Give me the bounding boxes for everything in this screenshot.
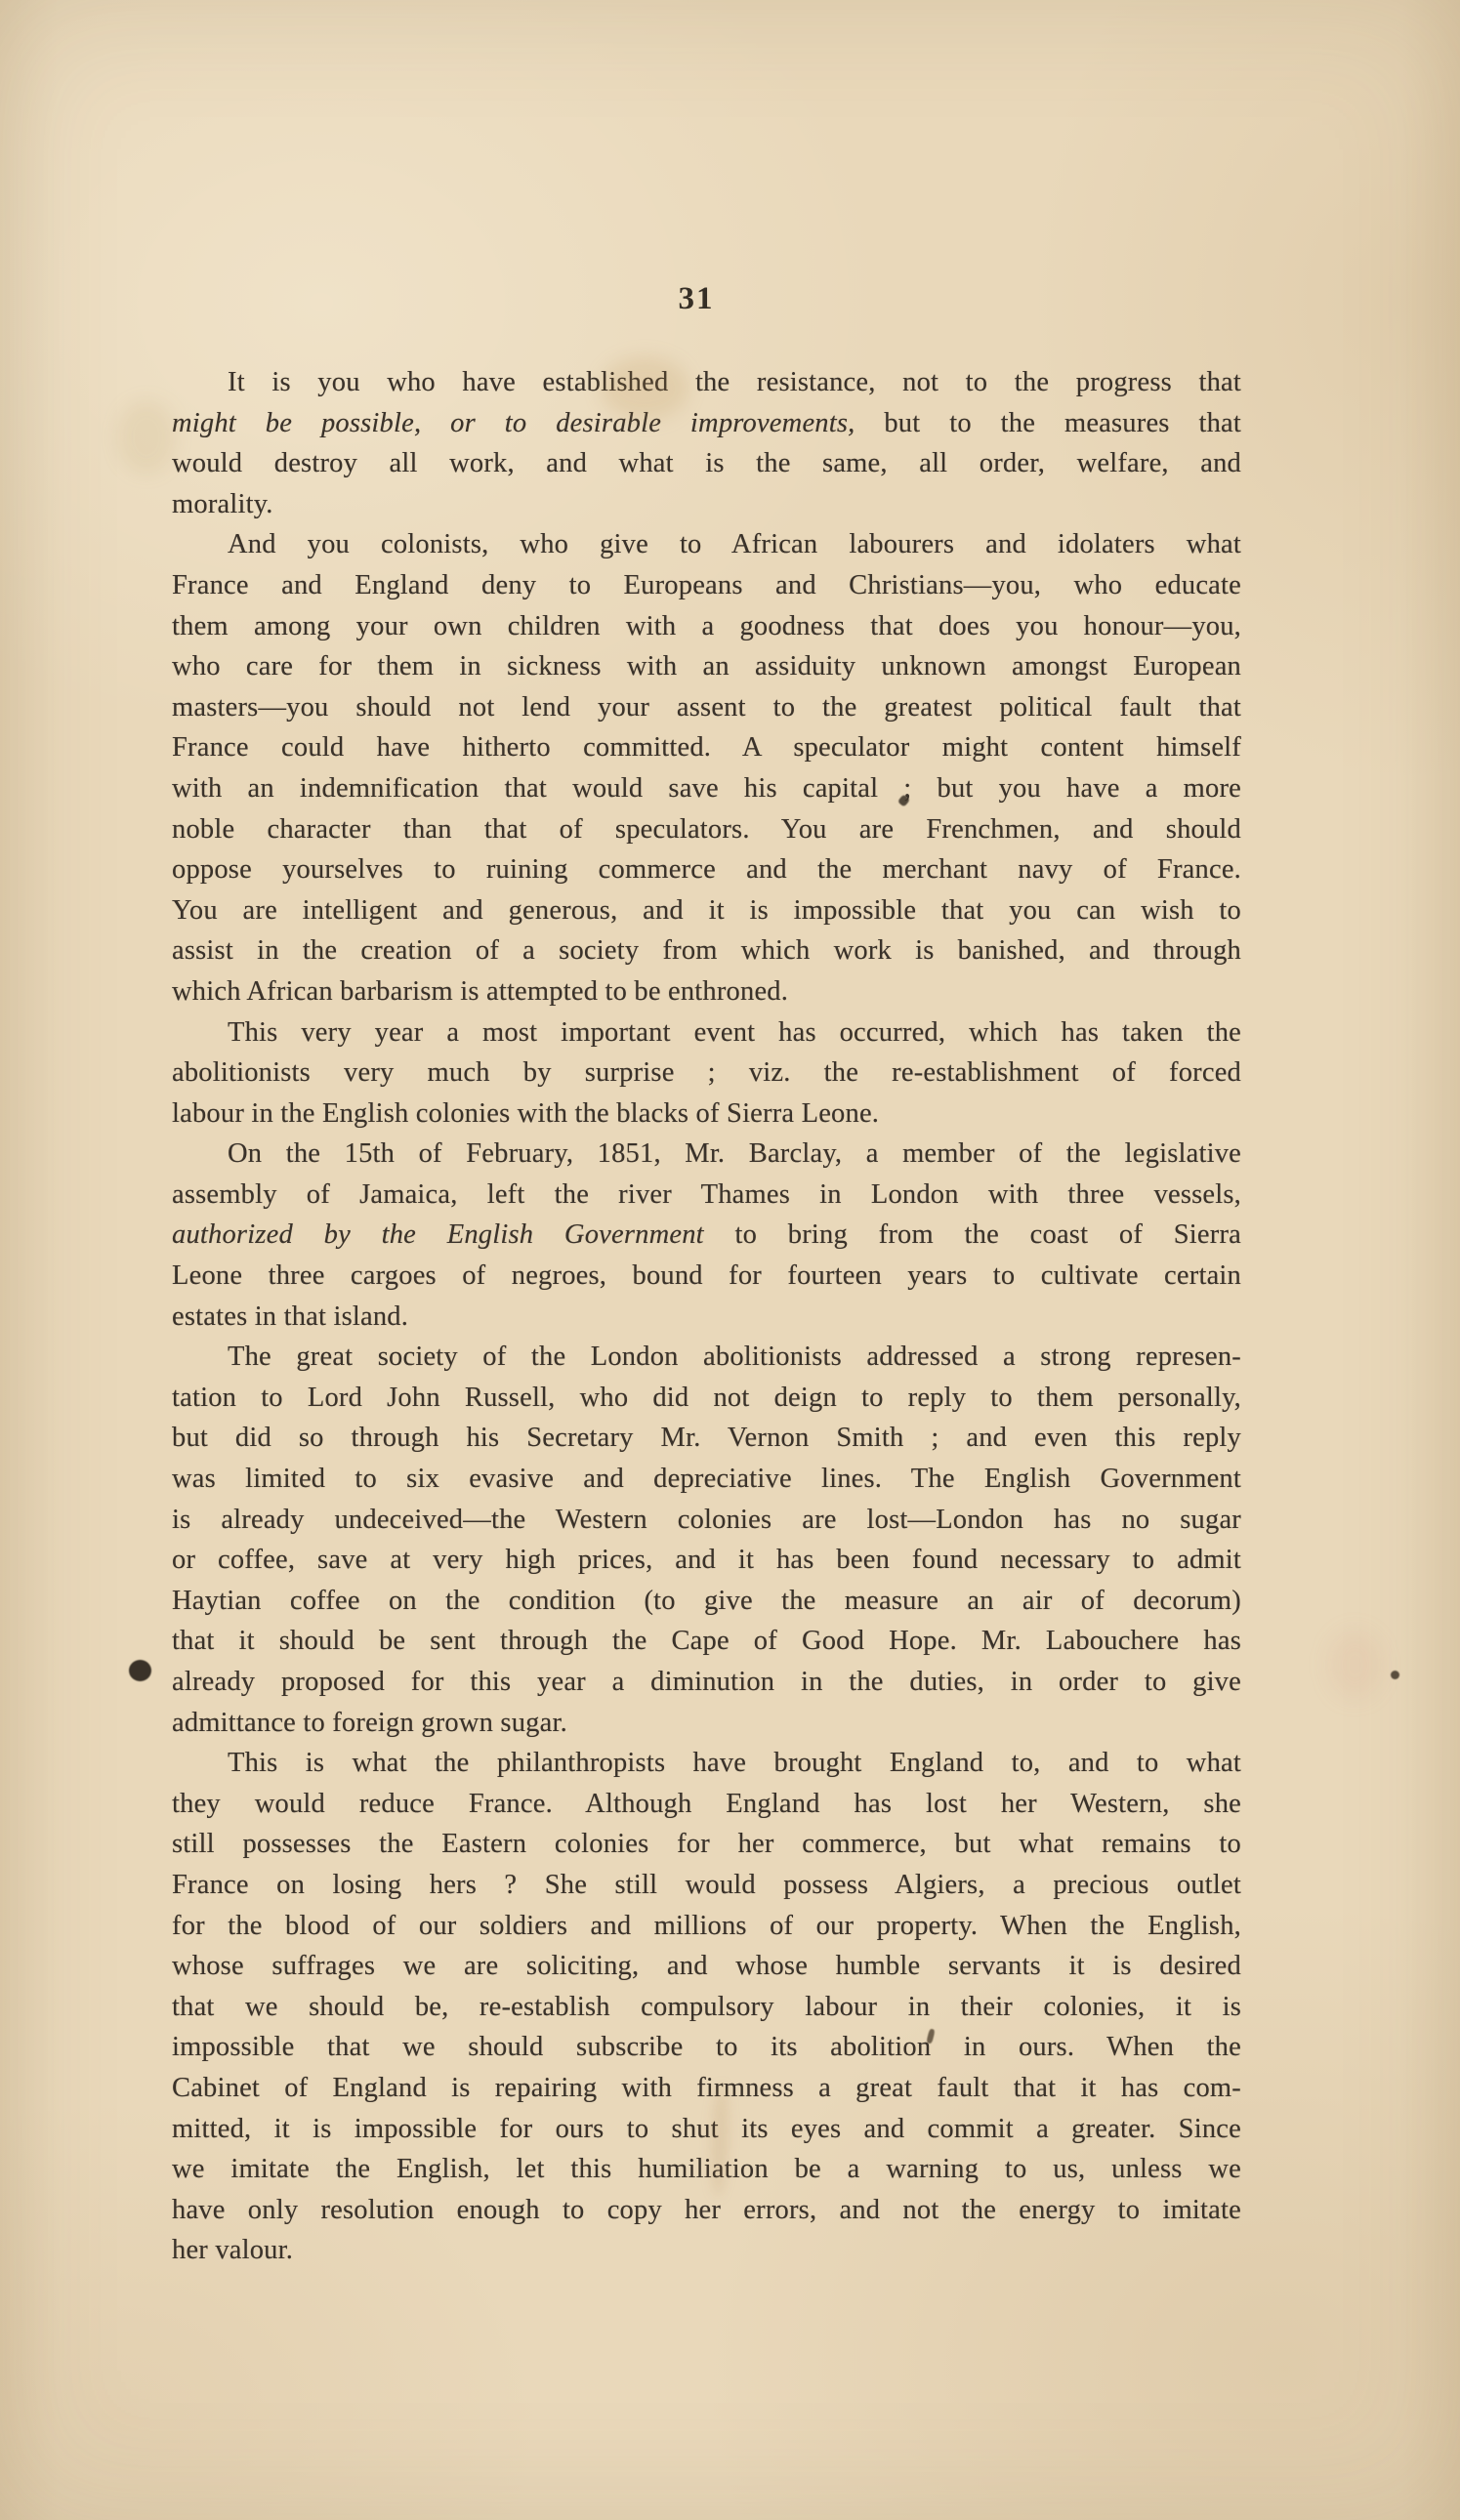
text-line: or coffee, save at very high prices, and… xyxy=(172,1540,1241,1581)
text-segment: masters—you should not lend your assent … xyxy=(172,692,1241,723)
text-line: abolitionists very much by surprise ; vi… xyxy=(172,1053,1241,1094)
text-line: Cabinet of England is repairing with fir… xyxy=(172,2068,1241,2109)
text-line: assist in the creation of a society from… xyxy=(172,930,1241,971)
text-line: mitted, it is impossible for ours to shu… xyxy=(172,2109,1241,2150)
text-line: was limited to six evasive and depreciat… xyxy=(172,1459,1241,1500)
text-segment: whose suffrages we are soliciting, and w… xyxy=(172,1951,1241,1981)
text-segment: already proposed for this year a diminut… xyxy=(172,1667,1241,1697)
text-segment: estates in that island. xyxy=(172,1301,408,1332)
text-segment: that we should be, re-establish compulso… xyxy=(172,1992,1241,2022)
text-line: Leone three cargoes of negroes, bound fo… xyxy=(172,1256,1241,1297)
text-line: France could have hitherto committed. A … xyxy=(172,727,1241,768)
text-line: You are intelligent and generous, and it… xyxy=(172,890,1241,931)
text-segment: them among your own children with a good… xyxy=(172,611,1241,641)
text-line: labour in the English colonies with the … xyxy=(172,1094,1241,1135)
text-line: already proposed for this year a diminut… xyxy=(172,1662,1241,1703)
text-segment: her valour. xyxy=(172,2235,293,2265)
text-line: France on losing hers ? She still would … xyxy=(172,1865,1241,1906)
text-segment: Haytian coffee on the condition (to give… xyxy=(172,1586,1241,1616)
text-segment: was limited to six evasive and depreciat… xyxy=(172,1464,1241,1494)
text-segment: they would reduce France. Although Engla… xyxy=(172,1789,1241,1819)
text-line: have only resolution enough to copy her … xyxy=(172,2190,1241,2231)
text-segment: assembly of Jamaica, left the river Tham… xyxy=(172,1179,1241,1210)
text-segment: Cabinet of England is repairing with fir… xyxy=(172,2073,1241,2103)
text-segment: abolitionists very much by surprise ; vi… xyxy=(172,1057,1241,1088)
italic-text: authorized by the English Government xyxy=(172,1219,704,1250)
text-line: might be possible, or to desirable impro… xyxy=(172,403,1241,444)
text-segment: that it should be sent through the Cape … xyxy=(172,1626,1241,1656)
text-line: still possesses the Eastern colonies for… xyxy=(172,1824,1241,1865)
text-line: This very year a most important event ha… xyxy=(172,1012,1241,1053)
text-line: is already undeceived—the Western coloni… xyxy=(172,1500,1241,1541)
text-line: which African barbarism is attempted to … xyxy=(172,971,1241,1012)
text-segment: but did so through his Secretary Mr. Ver… xyxy=(172,1423,1241,1453)
text-segment: mitted, it is impossible for ours to shu… xyxy=(172,2114,1241,2144)
text-segment: to bring from the coast of Sierra xyxy=(704,1219,1241,1250)
stain-mark xyxy=(1328,1631,1382,1699)
paragraph-3: This very year a most important event ha… xyxy=(172,1012,1241,1135)
text-line: them among your own children with a good… xyxy=(172,606,1241,647)
text-segment: which African barbarism is attempted to … xyxy=(172,976,788,1007)
text-block: It is you who have established the resis… xyxy=(172,362,1241,2271)
text-segment: assist in the creation of a society from… xyxy=(172,935,1241,966)
paragraph-1: It is you who have established the resis… xyxy=(172,362,1241,524)
text-line: would destroy all work, and what is the … xyxy=(172,443,1241,484)
text-segment: And you colonists, who give to African l… xyxy=(228,529,1241,559)
text-segment: with an indemnification that would save … xyxy=(172,773,1241,804)
text-line: The great society of the London abolitio… xyxy=(172,1337,1241,1378)
text-line: who care for them in sickness with an as… xyxy=(172,646,1241,687)
text-segment: This is what the philanthropists have br… xyxy=(228,1748,1241,1778)
text-segment: France on losing hers ? She still would … xyxy=(172,1870,1241,1900)
text-line: but did so through his Secretary Mr. Ver… xyxy=(172,1418,1241,1459)
text-line: admittance to foreign grown sugar. xyxy=(172,1703,1241,1744)
italic-text: might be possible, or to desirable impro… xyxy=(172,408,855,438)
text-line: they would reduce France. Although Engla… xyxy=(172,1784,1241,1825)
text-segment: admittance to foreign grown sugar. xyxy=(172,1708,567,1738)
text-segment: France and England deny to Europeans and… xyxy=(172,570,1241,600)
text-line: Haytian coffee on the condition (to give… xyxy=(172,1581,1241,1622)
text-line: morality. xyxy=(172,484,1241,525)
text-line: masters—you should not lend your assent … xyxy=(172,687,1241,728)
text-line: France and England deny to Europeans and… xyxy=(172,565,1241,606)
text-line: we imitate the English, let this humilia… xyxy=(172,2149,1241,2190)
text-segment: who care for them in sickness with an as… xyxy=(172,651,1241,682)
text-segment: but to the measures that xyxy=(855,408,1241,438)
stain-mark xyxy=(117,400,176,474)
text-segment: The great society of the London abolitio… xyxy=(228,1342,1241,1372)
text-line: for the blood of our soldiers and millio… xyxy=(172,1906,1241,1947)
text-line: estates in that island. xyxy=(172,1297,1241,1338)
text-segment: would destroy all work, and what is the … xyxy=(172,448,1241,478)
text-line: This is what the philanthropists have br… xyxy=(172,1743,1241,1784)
text-segment: noble character than that of speculators… xyxy=(172,814,1241,845)
text-line: that we should be, re-establish compulso… xyxy=(172,1987,1241,2028)
text-segment: have only resolution enough to copy her … xyxy=(172,2195,1241,2225)
text-line: oppose yourselves to ruining commerce an… xyxy=(172,849,1241,890)
text-segment: still possesses the Eastern colonies for… xyxy=(172,1829,1241,1859)
text-segment: Leone three cargoes of negroes, bound fo… xyxy=(172,1260,1241,1291)
text-line: with an indemnification that would save … xyxy=(172,768,1241,809)
paragraph-2: And you colonists, who give to African l… xyxy=(172,524,1241,1012)
text-segment: we imitate the English, let this humilia… xyxy=(172,2154,1241,2184)
book-page: 31 It is you who have established the re… xyxy=(0,0,1460,2520)
text-line: that it should be sent through the Cape … xyxy=(172,1621,1241,1662)
text-line: It is you who have established the resis… xyxy=(172,362,1241,403)
text-line: her valour. xyxy=(172,2230,1241,2271)
text-line: On the 15th of February, 1851, Mr. Barcl… xyxy=(172,1134,1241,1175)
text-line: authorized by the English Government to … xyxy=(172,1215,1241,1256)
text-segment: France could have hitherto committed. A … xyxy=(172,732,1241,763)
text-line: impossible that we should subscribe to i… xyxy=(172,2027,1241,2068)
text-segment: oppose yourselves to ruining commerce an… xyxy=(172,854,1241,885)
text-segment: or coffee, save at very high prices, and… xyxy=(172,1545,1241,1575)
text-segment: is already undeceived—the Western coloni… xyxy=(172,1505,1241,1535)
text-line: noble character than that of speculators… xyxy=(172,809,1241,850)
text-line: assembly of Jamaica, left the river Tham… xyxy=(172,1175,1241,1216)
paragraph-6: This is what the philanthropists have br… xyxy=(172,1743,1241,2271)
paragraph-5: The great society of the London abolitio… xyxy=(172,1337,1241,1743)
text-segment: It is you who have established the resis… xyxy=(228,367,1241,397)
text-segment: tation to Lord John Russell, who did not… xyxy=(172,1383,1241,1413)
text-segment: morality. xyxy=(172,489,273,519)
text-segment: for the blood of our soldiers and millio… xyxy=(172,1911,1241,1941)
ink-blob-mark xyxy=(129,1660,151,1681)
text-segment: On the 15th of February, 1851, Mr. Barcl… xyxy=(228,1138,1241,1169)
page-number: 31 xyxy=(174,281,1219,317)
text-line: whose suffrages we are soliciting, and w… xyxy=(172,1946,1241,1987)
ink-dot-mark xyxy=(1391,1671,1399,1679)
text-segment: You are intelligent and generous, and it… xyxy=(172,895,1241,926)
text-segment: This very year a most important event ha… xyxy=(228,1017,1241,1048)
text-segment: impossible that we should subscribe to i… xyxy=(172,2032,1241,2062)
text-line: And you colonists, who give to African l… xyxy=(172,524,1241,565)
text-line: tation to Lord John Russell, who did not… xyxy=(172,1378,1241,1419)
text-segment: labour in the English colonies with the … xyxy=(172,1098,879,1129)
paragraph-4: On the 15th of February, 1851, Mr. Barcl… xyxy=(172,1134,1241,1337)
